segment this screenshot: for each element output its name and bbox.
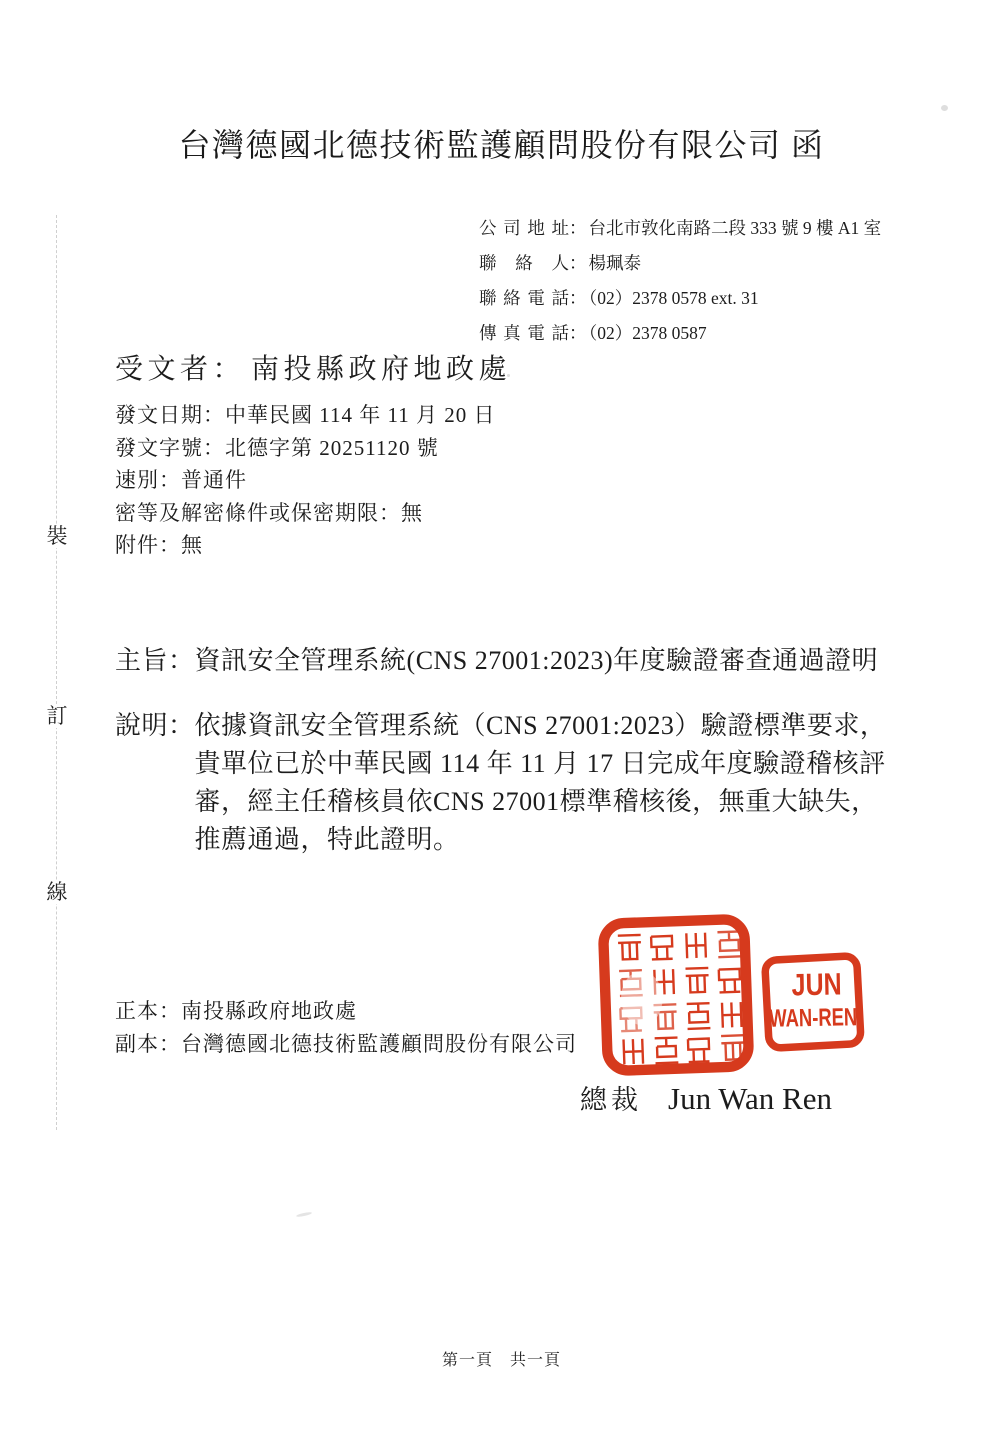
subject-text: 資訊安全管理系統(CNS 27001:2023)年度驗證審查通過證明 <box>195 640 879 677</box>
meta-priority: 速別：普通件 <box>115 464 495 497</box>
description-line: 貴單位已於中華民國 114 年 11 月 17 日完成年度驗證稽核評 <box>195 745 887 783</box>
sender-address-value: 台北市敦化南路二段 333 號 9 樓 A1 室 <box>589 218 882 238</box>
subject-label: 主旨 <box>115 640 168 677</box>
binding-mark-zhuang: 裝 <box>45 524 69 548</box>
sender-fax-value: （02）2378 0587 <box>589 323 707 343</box>
document-meta-block: 發文日期：中華民國 114 年 11 月 20 日 發文字號：北德字第 2025… <box>115 399 495 562</box>
meta-issue-date: 發文日期：中華民國 114 年 11 月 20 日 <box>115 399 495 432</box>
sender-address-row: 公司地址：台北市敦化南路二段 333 號 9 樓 A1 室 <box>479 211 881 246</box>
colon: ： <box>213 354 246 385</box>
scan-speck <box>296 1211 312 1217</box>
recipient-line: 受文者：南投縣政府地政處 <box>115 347 511 387</box>
sender-phone-row: 聯絡電話：（02）2378 0578 ext. 31 <box>479 281 881 316</box>
meta-doc-number: 發文字號：北德字第 20251120 號 <box>115 432 495 465</box>
description-block: 說明： 依據資訊安全管理系統（CNS 27001:2023）驗證標準要求， 貴單… <box>115 707 886 859</box>
description-lines: 依據資訊安全管理系統（CNS 27001:2023）驗證標準要求， 貴單位已於中… <box>195 707 887 859</box>
page-footer: 第一頁 共一頁 <box>0 1347 1003 1370</box>
name-stamp-line2: WAN-REN <box>769 1003 857 1033</box>
description-line: 推薦通過，特此證明。 <box>195 821 887 859</box>
sender-contact-label: 聯絡人 <box>479 246 569 281</box>
copy-original-line: 正本：南投縣政府地政處 <box>115 995 577 1028</box>
signature-line: 總裁 Jun Wan Ren <box>580 1078 832 1117</box>
scan-speck <box>507 374 510 377</box>
letter-page: 裝 訂 線 台灣德國北德技術監護顧問股份有限公司 函 公司地址：台北市敦化南路二… <box>0 0 1003 1435</box>
sender-fax-row: 傳真電話：（02）2378 0587 <box>479 316 881 351</box>
colon: ： <box>569 288 587 308</box>
sender-contact-row: 聯絡人：楊珮泰 <box>479 246 881 281</box>
sender-contact-value: 楊珮泰 <box>589 253 642 273</box>
colon: ： <box>168 640 195 677</box>
scan-speck <box>941 105 948 111</box>
sender-address-label: 公司地址 <box>479 211 569 246</box>
description-label: 說明 <box>115 707 168 745</box>
copies-block: 正本：南投縣政府地政處 副本：台灣德國北德技術監護顧問股份有限公司 <box>115 995 577 1061</box>
meta-attachment: 附件：無 <box>115 529 495 562</box>
subject-line: 主旨：資訊安全管理系統(CNS 27001:2023)年度驗證審查通過證明 <box>115 640 878 677</box>
copy-cc-line: 副本：台灣德國北德技術監護顧問股份有限公司 <box>115 1028 577 1061</box>
sender-phone-label: 聯絡電話 <box>479 281 569 316</box>
binding-mark-xian: 線 <box>45 880 69 904</box>
sender-contact-block: 公司地址：台北市敦化南路二段 333 號 9 樓 A1 室 聯絡人：楊珮泰 聯絡… <box>479 211 881 351</box>
recipient-value: 南投縣政府地政處 <box>251 354 511 385</box>
binding-dashed-line <box>56 215 57 1130</box>
description-line: 依據資訊安全管理系統（CNS 27001:2023）驗證標準要求， <box>195 707 887 745</box>
binding-mark-ding: 訂 <box>45 704 69 728</box>
name-stamp-line1: JUN <box>791 967 842 1003</box>
document-title: 台灣德國北德技術監護顧問股份有限公司 函 <box>0 120 1003 166</box>
colon: ： <box>569 218 587 238</box>
sender-phone-value: （02）2378 0578 ext. 31 <box>589 288 759 308</box>
signature-name: Jun Wan Ren <box>668 1081 832 1117</box>
president-name-stamp-icon: JUN WAN-REN <box>758 948 867 1059</box>
colon: ： <box>168 707 195 745</box>
signature-title: 總裁 <box>580 1078 642 1117</box>
sender-fax-label: 傳真電話 <box>479 316 569 351</box>
description-line: 審，經主任稽核員依CNS 27001標準稽核後，無重大缺失， <box>195 783 887 821</box>
colon: ： <box>569 253 587 273</box>
colon: ： <box>569 323 587 343</box>
meta-classification: 密等及解密條件或保密期限：無 <box>115 497 495 530</box>
recipient-label: 受文者 <box>115 354 213 385</box>
company-seal-stamp-icon <box>595 911 757 1078</box>
